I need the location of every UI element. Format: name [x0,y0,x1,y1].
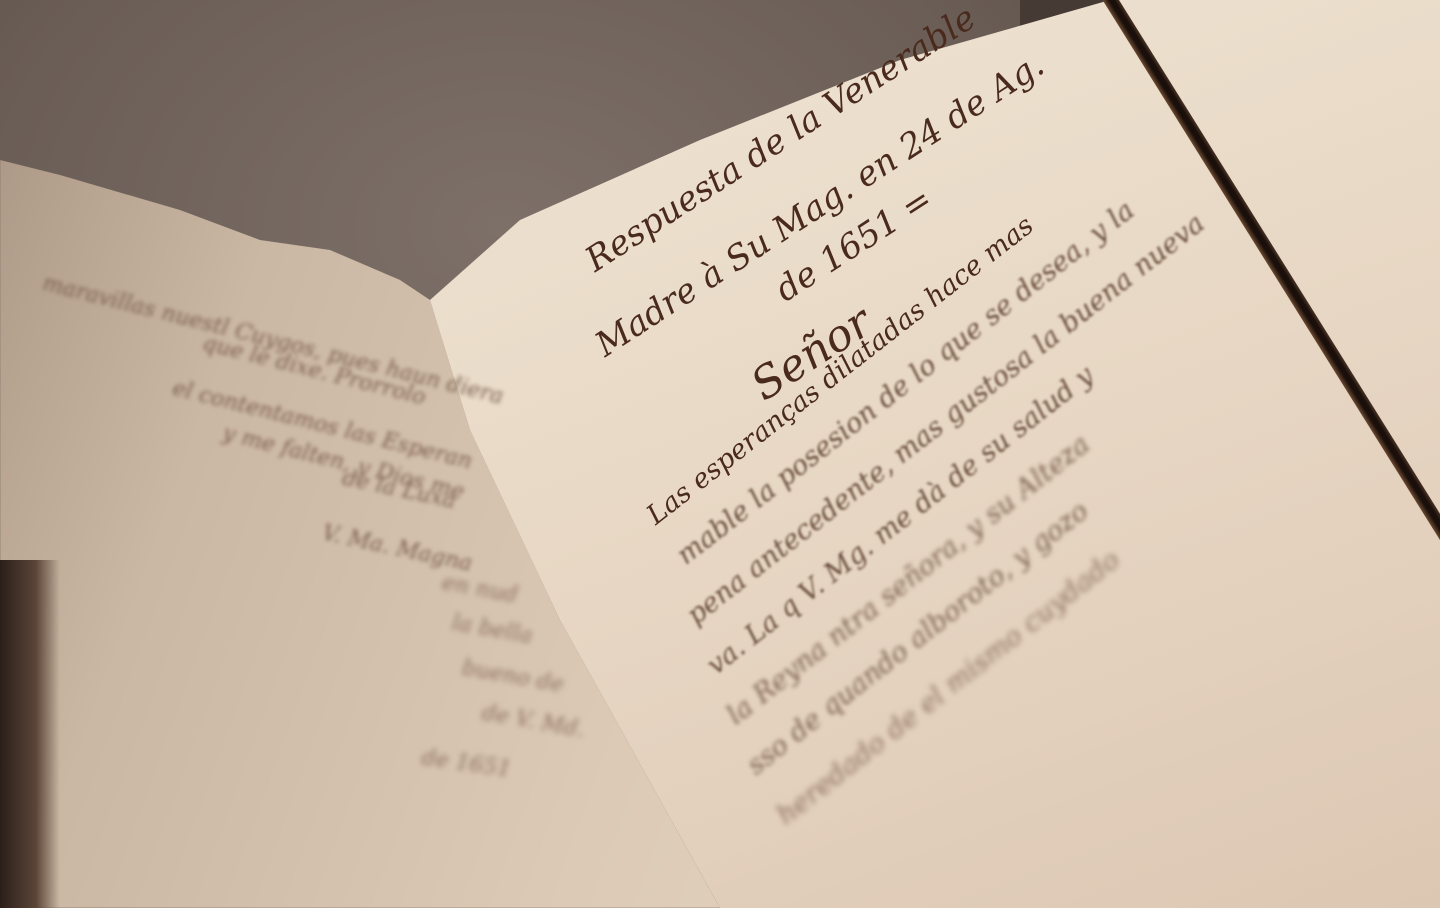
manuscript-photo: Respuesta de la Venerable Madre à Su Mag… [0,0,1440,908]
left-page-edge-shadow [0,560,60,908]
